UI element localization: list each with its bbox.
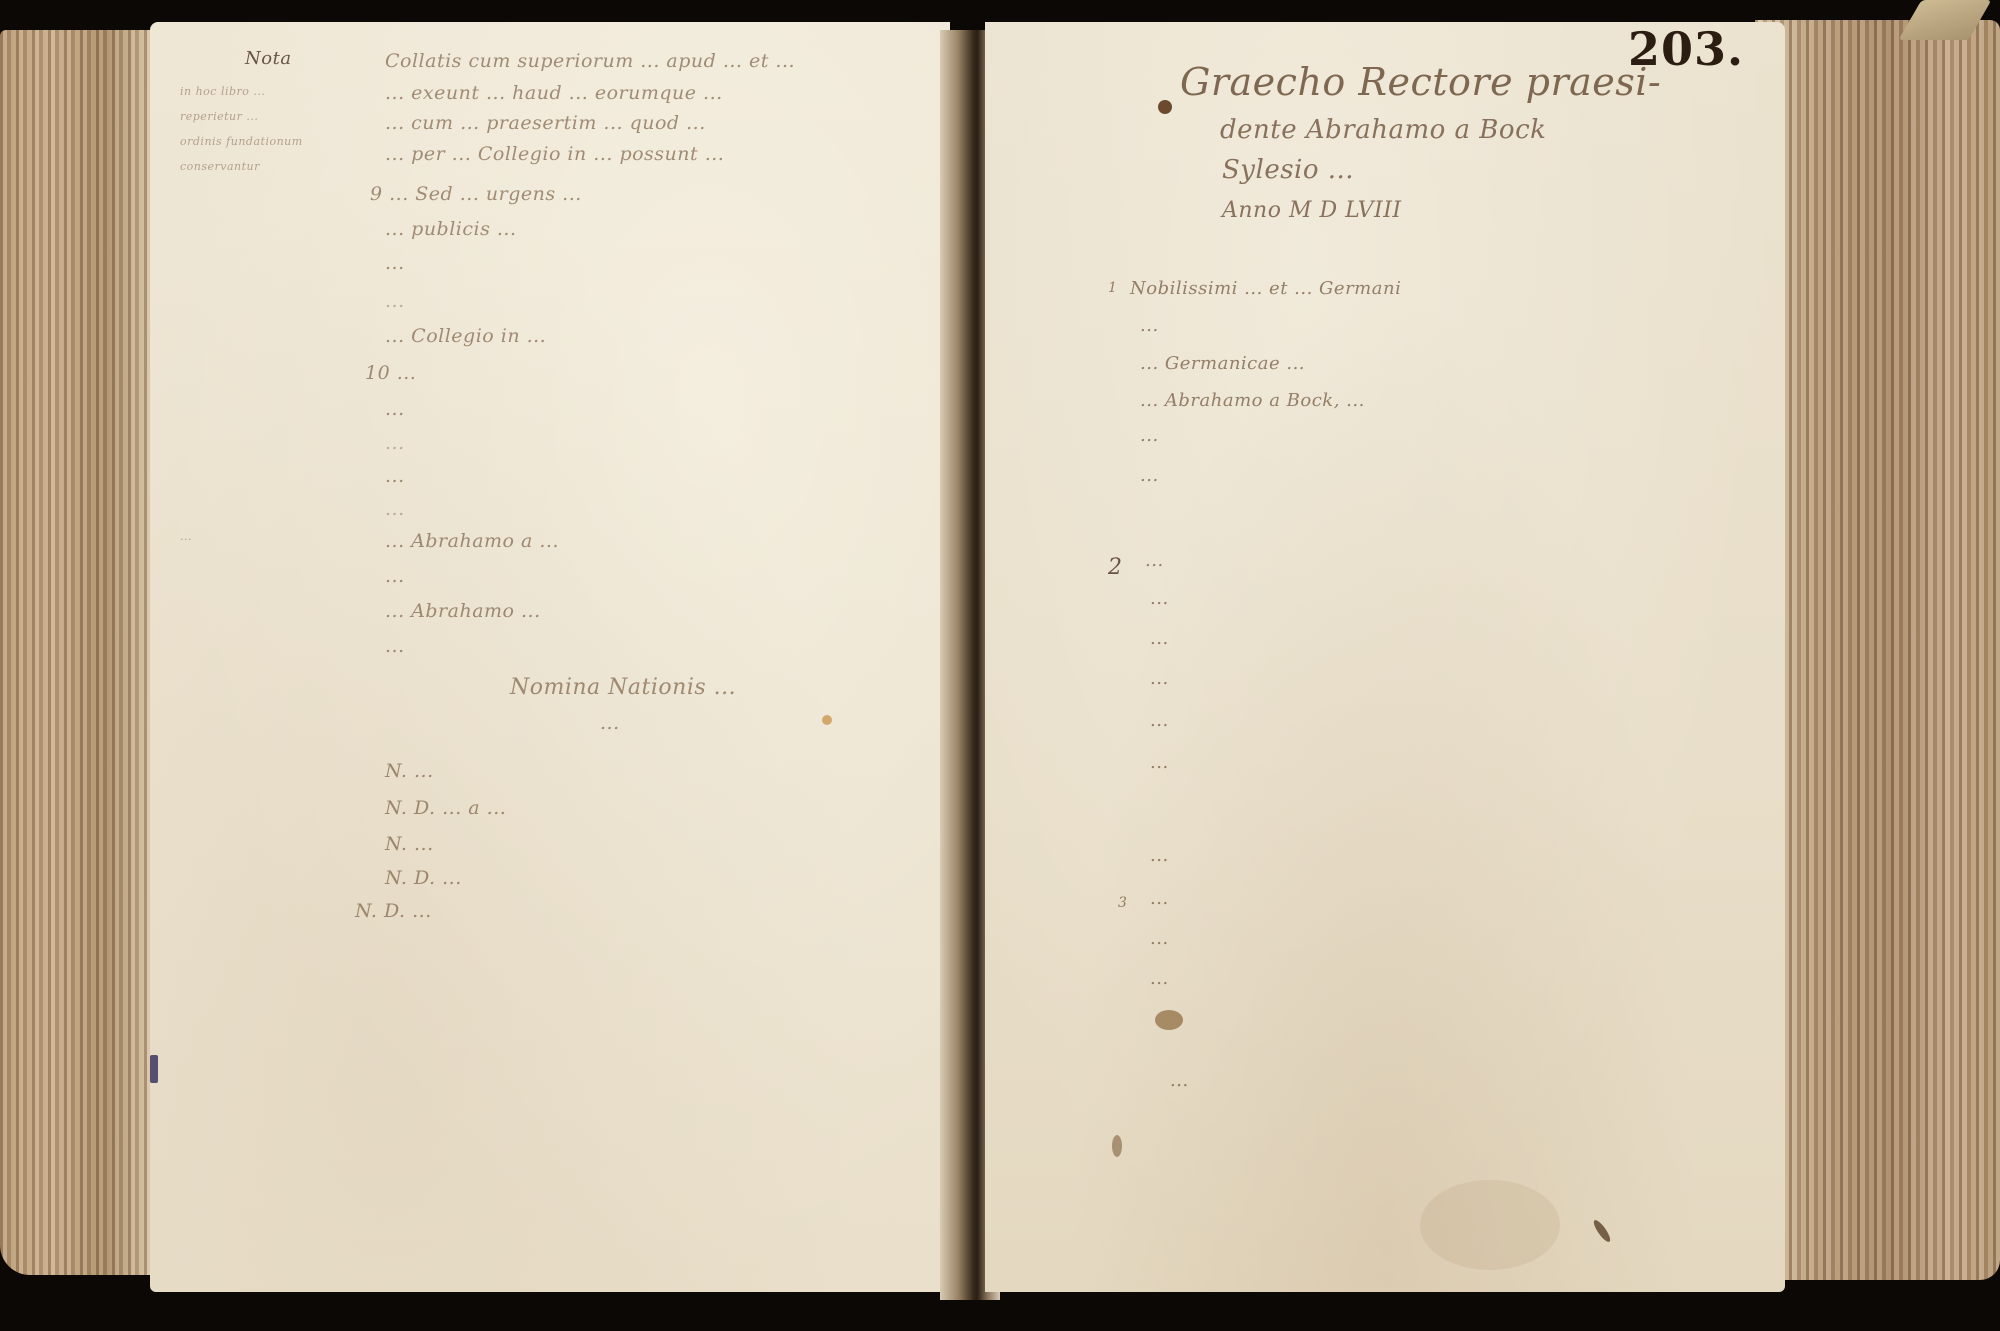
text-line: ... bbox=[385, 432, 405, 454]
text-line: ... bbox=[1150, 668, 1169, 689]
margin-note: ordinis fundationum bbox=[180, 135, 303, 148]
text-line: ... Collegio in ... bbox=[385, 325, 546, 347]
text-line: ... bbox=[1150, 752, 1169, 773]
text-line: 10 ... bbox=[365, 362, 416, 384]
text-line: ... bbox=[385, 252, 405, 274]
text-line: ... bbox=[1140, 465, 1159, 486]
text-line: ... bbox=[385, 290, 405, 312]
list-heading: ... bbox=[600, 712, 620, 734]
text-line: ... publicis ... bbox=[385, 218, 517, 240]
margin-note: ... bbox=[180, 530, 192, 543]
text-line: ... bbox=[385, 498, 405, 520]
heading-line: Sylesio ... bbox=[1222, 155, 1354, 185]
text-line: ... exeunt ... haud ... eorumque ... bbox=[385, 82, 723, 104]
heading-line: Anno M D LVIII bbox=[1222, 198, 1402, 223]
list-item: N. ... bbox=[385, 833, 434, 855]
text-line: ... bbox=[385, 465, 405, 487]
text-line: ... bbox=[1145, 550, 1164, 571]
paragraph-marker: 1 bbox=[1108, 280, 1117, 296]
text-line: ... bbox=[1170, 1070, 1189, 1091]
list-item: N. D. ... a ... bbox=[385, 797, 506, 819]
text-line: ... bbox=[1150, 888, 1169, 909]
text-line: ... bbox=[385, 635, 405, 657]
margin-note: conservantur bbox=[180, 160, 260, 173]
heading-line: Graecho Rectore praesi- bbox=[1180, 60, 1661, 104]
margin-note: reperietur ... bbox=[180, 110, 258, 123]
text-line: ... bbox=[1150, 710, 1169, 731]
text-line: Collatis cum superiorum ... apud ... et … bbox=[385, 50, 795, 72]
list-item: N. D. ... bbox=[355, 900, 432, 922]
text-line: ... per ... Collegio in ... possunt ... bbox=[385, 143, 724, 165]
heading-line: dente Abrahamo a Bock bbox=[1220, 115, 1546, 145]
left-page-edges bbox=[0, 30, 175, 1275]
stain bbox=[1155, 1010, 1183, 1030]
text-line: ... bbox=[1150, 845, 1169, 866]
stain bbox=[822, 715, 832, 725]
text-line: ... bbox=[385, 565, 405, 587]
margin-note: Nota bbox=[245, 48, 292, 69]
text-line: ... bbox=[1150, 968, 1169, 989]
open-manuscript: Nota in hoc libro ... reperietur ... ord… bbox=[0, 0, 2000, 1331]
paragraph-marker: 2 bbox=[1108, 555, 1123, 580]
text-line: ... bbox=[385, 398, 405, 420]
stain bbox=[1420, 1180, 1560, 1270]
text-line: ... Abrahamo ... bbox=[385, 600, 541, 622]
paragraph-marker: 3 bbox=[1118, 895, 1127, 911]
text-line: ... cum ... praesertim ... quod ... bbox=[385, 112, 706, 134]
text-line: ... bbox=[1140, 425, 1159, 446]
ink-dot bbox=[1158, 100, 1172, 114]
text-line: ... bbox=[1150, 628, 1169, 649]
stain bbox=[1112, 1135, 1122, 1157]
right-page-edges bbox=[1755, 20, 2000, 1280]
margin-note: in hoc libro ... bbox=[180, 85, 265, 98]
text-line: ... bbox=[1150, 928, 1169, 949]
text-line: ... bbox=[1140, 315, 1159, 336]
list-item: N. ... bbox=[385, 760, 434, 782]
list-item: N. D. ... bbox=[385, 867, 462, 889]
text-line: 9 ... Sed ... urgens ... bbox=[370, 183, 582, 205]
text-line: ... Abrahamo a ... bbox=[385, 530, 559, 552]
text-line: ... bbox=[1150, 588, 1169, 609]
text-line: ... Germanicae ... bbox=[1140, 353, 1305, 374]
list-heading: Nomina Nationis ... bbox=[510, 675, 736, 700]
text-line: Nobilissimi ... et ... Germani bbox=[1130, 278, 1401, 299]
left-page bbox=[150, 22, 950, 1292]
text-line: ... Abrahamo a Bock, ... bbox=[1140, 390, 1365, 411]
ink-mark bbox=[150, 1055, 158, 1083]
